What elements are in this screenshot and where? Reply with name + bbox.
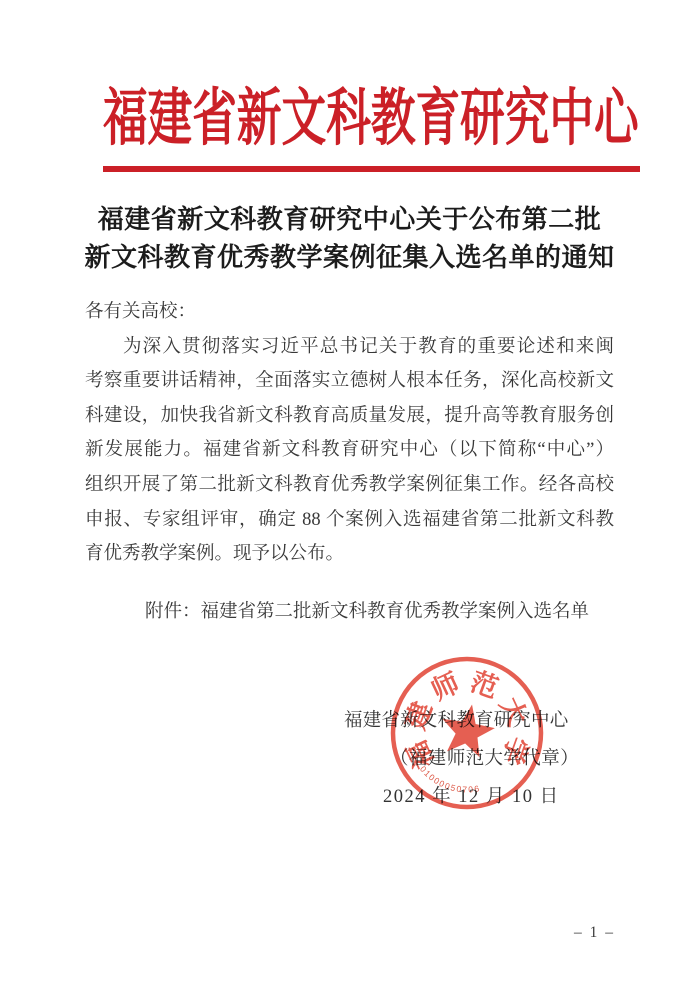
body-text: 各有关高校： 为深入贯彻落实习近平总书记关于教育的重要论述和来闽 考察重要讲话精… xyxy=(85,295,614,629)
seal-ring-char: 福 xyxy=(401,736,440,773)
page-number: – 1 – xyxy=(574,924,615,942)
seal-ring-char: 师 xyxy=(427,667,464,706)
seal-ring-char: 范 xyxy=(467,666,503,703)
attachment-line: 附件：福建省第二批新文科教育优秀教学案例入选名单 xyxy=(85,595,614,630)
document-title-line2: 新文科教育优秀教学案例征集入选名单的通知 xyxy=(0,239,699,277)
masthead-title: 福建省新文科教育研究中心 xyxy=(103,84,639,154)
masthead-rule xyxy=(103,166,640,172)
seal-ring-char: 学 xyxy=(496,733,533,769)
seal-star-icon xyxy=(437,700,498,759)
document-title: 福建省新文科教育研究中心关于公布第二批 新文科教育优秀教学案例征集入选名单的通知 xyxy=(0,201,699,276)
body-line: 考察重要讲话精神，全面落实立德树人根本任务，深化高校新文 xyxy=(85,364,614,399)
seal-ring-char: 大 xyxy=(494,693,533,730)
body-line: 为深入贯彻落实习近平总书记关于教育的重要论述和来闽 xyxy=(85,330,614,365)
body-line: 新发展能力。福建省新文科教育研究中心（以下简称“中心”） xyxy=(85,433,614,468)
official-seal-icon: 福 建 师 范 大 学 01000050706 xyxy=(377,643,557,823)
document-title-line1: 福建省新文科教育研究中心关于公布第二批 xyxy=(0,201,699,239)
document-page: 福建省新文科教育研究中心 福建省新文科教育研究中心关于公布第二批 新文科教育优秀… xyxy=(0,0,699,990)
body-line: 申报、专家组评审，确定 88 个案例入选福建省第二批新文科教 xyxy=(85,503,614,538)
seal-ring-char: 建 xyxy=(400,698,437,734)
masthead: 福建省新文科教育研究中心 xyxy=(103,84,640,158)
body-line: 组织开展了第二批新文科教育优秀教学案例征集工作。经各高校 xyxy=(85,468,614,503)
salutation: 各有关高校： xyxy=(85,295,614,330)
body-line: 科建设，加快我省新文科教育高质量发展，提升高等教育服务创 xyxy=(85,399,614,434)
body-line: 育优秀教学案例。现予以公布。 xyxy=(85,537,614,572)
